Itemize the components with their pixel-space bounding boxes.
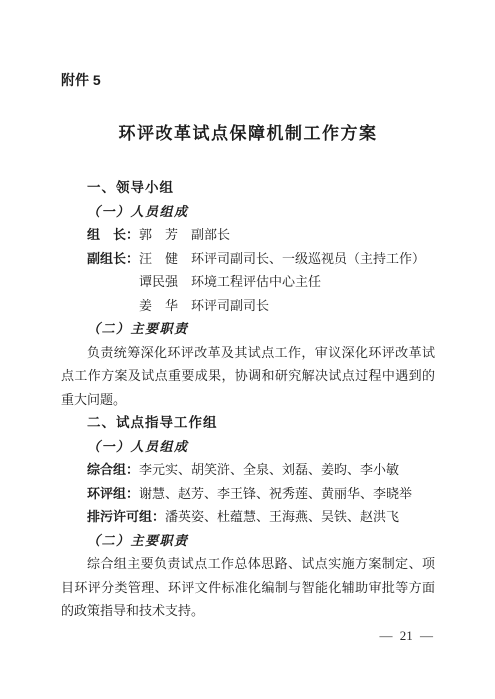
section-2-duties-heading: （二）主要职责 [87, 529, 435, 553]
team-label: 排污许可组： [87, 509, 165, 524]
leader-label: 组 长： [87, 227, 139, 242]
section-2-members-heading: （一）人员组成 [87, 435, 435, 459]
team-line-comprehensive: 综合组：李元实、胡笑浒、全泉、刘磊、姜昀、李小敏 [87, 458, 435, 482]
section-2-duties-paragraph: 综合组主要负责试点工作总体思路、试点实施方案制定、项目环评分类管理、环评文件标准… [61, 552, 435, 623]
team-line-eia: 环评组：谢慧、赵芳、李王锋、祝秀莲、黄丽华、李晓举 [87, 482, 435, 506]
page-number: — 21 — [61, 624, 435, 648]
section-1-members-heading: （一）人员组成 [87, 200, 435, 224]
deputy-leader-line-2: 谭民强 环境工程评估中心主任 [139, 270, 435, 294]
team-members: 李元实、胡笑浒、全泉、刘磊、姜昀、李小敏 [139, 462, 399, 477]
deputy-leader-line-3: 姜 华 环评司副司长 [139, 294, 435, 318]
team-members: 潘英姿、杜蕴慧、王海燕、吴铁、赵洪飞 [165, 509, 399, 524]
document-page: 附件 5 环评改革试点保障机制工作方案 一、领导小组 （一）人员组成 组 长：郭… [0, 0, 495, 699]
section-1-duties-heading: （二）主要职责 [87, 317, 435, 341]
team-members: 谢慧、赵芳、李王锋、祝秀莲、黄丽华、李晓举 [139, 486, 412, 501]
team-label: 综合组： [87, 462, 139, 477]
leader-line: 组 长：郭 芳 副部长 [87, 223, 435, 247]
section-1-heading: 一、领导小组 [87, 176, 435, 200]
document-title: 环评改革试点保障机制工作方案 [61, 122, 435, 146]
deputy-leader-line: 副组长：汪 健 环评司副司长、一级巡视员（主持工作） [87, 247, 435, 271]
leader-value: 郭 芳 副部长 [139, 227, 230, 242]
attachment-label: 附件 5 [61, 70, 435, 90]
deputy-leader-label: 副组长： [87, 251, 139, 266]
team-label: 环评组： [87, 486, 139, 501]
section-2-heading: 二、试点指导工作组 [87, 411, 435, 435]
section-1-duties-paragraph: 负责统筹深化环评改革及其试点工作，审议深化环评改革试点工作方案及试点重要成果，协… [61, 341, 435, 412]
team-line-discharge-permit: 排污许可组：潘英姿、杜蕴慧、王海燕、吴铁、赵洪飞 [87, 505, 435, 529]
deputy-leader-value: 汪 健 环评司副司长、一级巡视员（主持工作） [139, 251, 425, 266]
